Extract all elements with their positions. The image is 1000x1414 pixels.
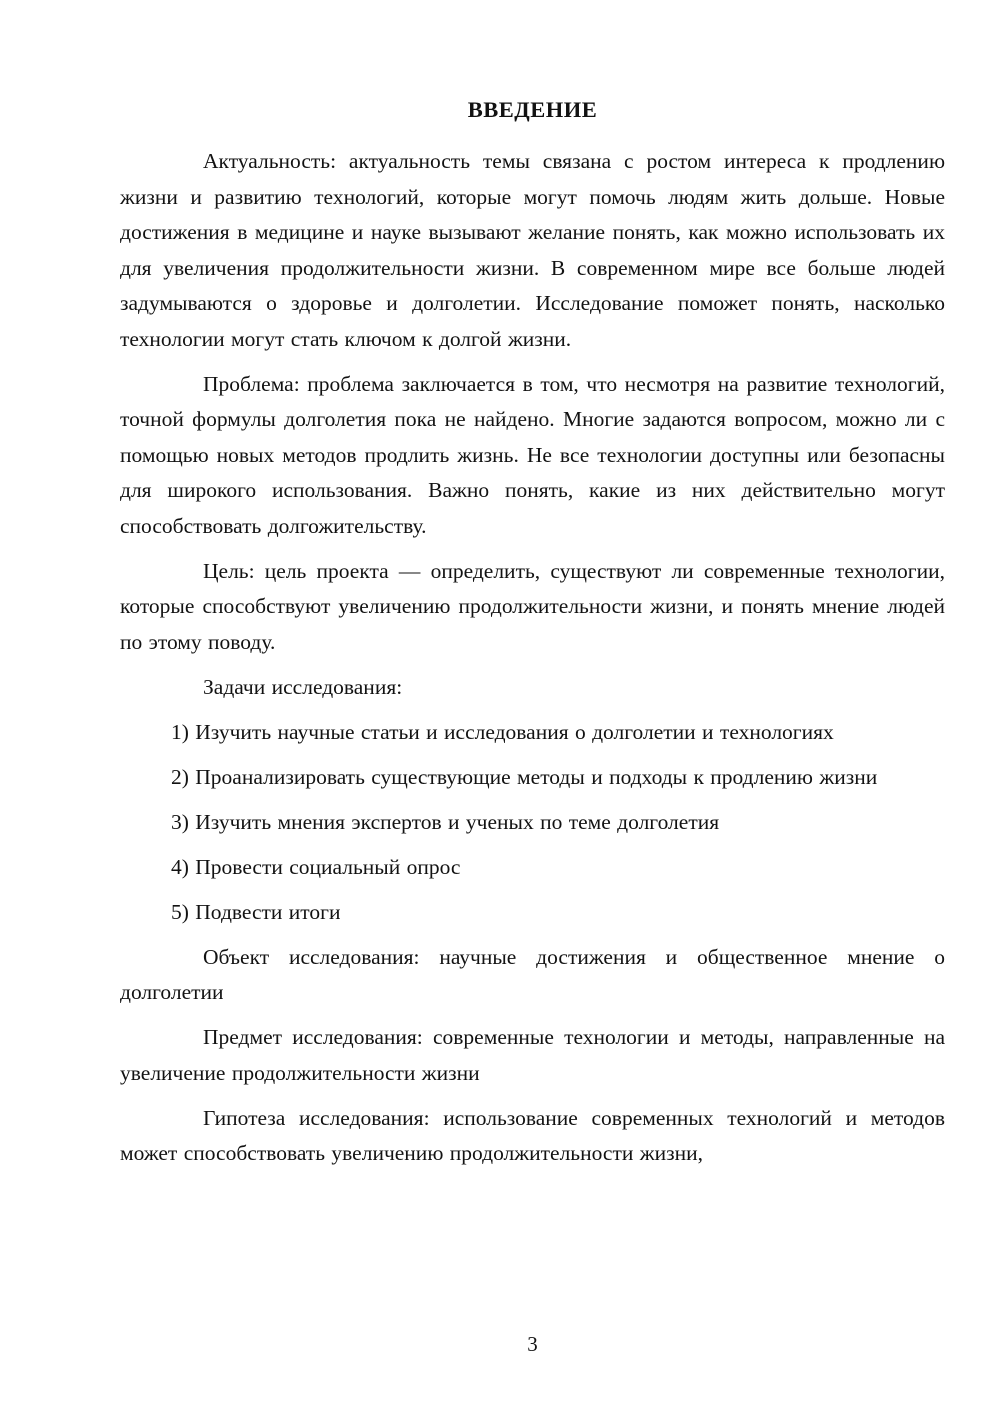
- para-actuality: Актуальность: актуальность темы связана …: [120, 144, 945, 357]
- page-title: ВВЕДЕНИЕ: [120, 97, 945, 123]
- para-object: Объект исследования: научные достижения …: [120, 940, 945, 1011]
- page-content: ВВЕДЕНИЕ Актуальность: актуальность темы…: [120, 97, 945, 1181]
- task-item-5: 5) Подвести итоги: [120, 895, 945, 931]
- para-hypothesis: Гипотеза исследования: использование сов…: [120, 1101, 945, 1172]
- task-item-4: 4) Провести социальный опрос: [120, 850, 945, 886]
- page-number: 3: [120, 1329, 945, 1359]
- task-item-2: 2) Проанализировать существующие методы …: [120, 760, 945, 796]
- tasks-heading: Задачи исследования:: [120, 670, 945, 706]
- document-page: ВВЕДЕНИЕ Актуальность: актуальность темы…: [0, 0, 1000, 1414]
- task-item-3: 3) Изучить мнения экспертов и ученых по …: [120, 805, 945, 841]
- para-subject: Предмет исследования: современные технол…: [120, 1020, 945, 1091]
- para-goal: Цель: цель проекта — определить, существ…: [120, 554, 945, 661]
- para-problem: Проблема: проблема заключается в том, чт…: [120, 367, 945, 545]
- task-item-1: 1) Изучить научные статьи и исследования…: [120, 715, 945, 751]
